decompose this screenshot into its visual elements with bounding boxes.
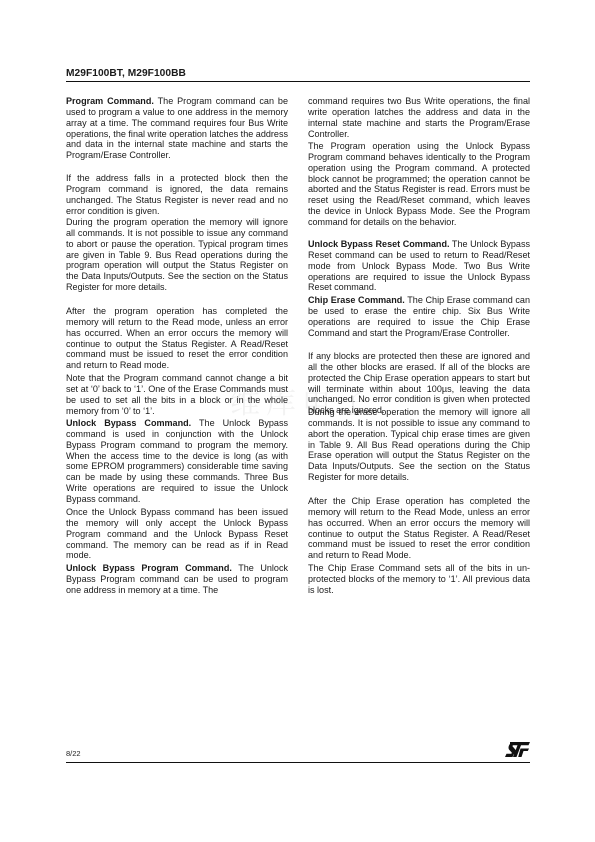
paragraph: Note that the Program command cannot cha…	[66, 373, 288, 416]
paragraph: Unlock Bypass Reset Command. The Unlock …	[308, 239, 530, 293]
paragraph: During the erase operation the memory wi…	[308, 407, 530, 483]
paragraph: Chip Erase Command. The Chip Erase com­m…	[308, 295, 530, 338]
paragraph: During the program operation the memory …	[66, 217, 288, 293]
paragraph: command requires two Bus Write operation…	[308, 96, 530, 139]
footer-rule	[66, 762, 530, 763]
section-heading: Program Command.	[66, 96, 154, 106]
header-rule	[66, 81, 530, 82]
section-heading: Chip Erase Command.	[308, 295, 405, 305]
st-logo-icon	[505, 742, 530, 757]
paragraph: If the address falls in a protected bloc…	[66, 173, 288, 216]
paragraph: The Chip Erase Command sets all of the b…	[308, 563, 530, 596]
page-number: 8/22	[66, 749, 81, 758]
section-heading: Unlock Bypass Command.	[66, 418, 191, 428]
paragraph: Unlock Bypass Command. The Unlock Bypass…	[66, 418, 288, 505]
paragraph: Once the Unlock Bypass command has been …	[66, 507, 288, 561]
section-heading: Unlock Bypass Reset Command.	[308, 239, 450, 249]
paragraph: After the program operation has complete…	[66, 306, 288, 371]
paragraph: After the Chip Erase operation has compl…	[308, 496, 530, 561]
section-heading: Unlock Bypass Program Command.	[66, 563, 232, 573]
page-header-title: M29F100BT, M29F100BB	[66, 68, 186, 79]
paragraph: The Program operation using the Unlock B…	[308, 141, 530, 228]
paragraph: Program Command. The Program command can…	[66, 96, 288, 161]
paragraph: Unlock Bypass Program Command. The Un­lo…	[66, 563, 288, 596]
